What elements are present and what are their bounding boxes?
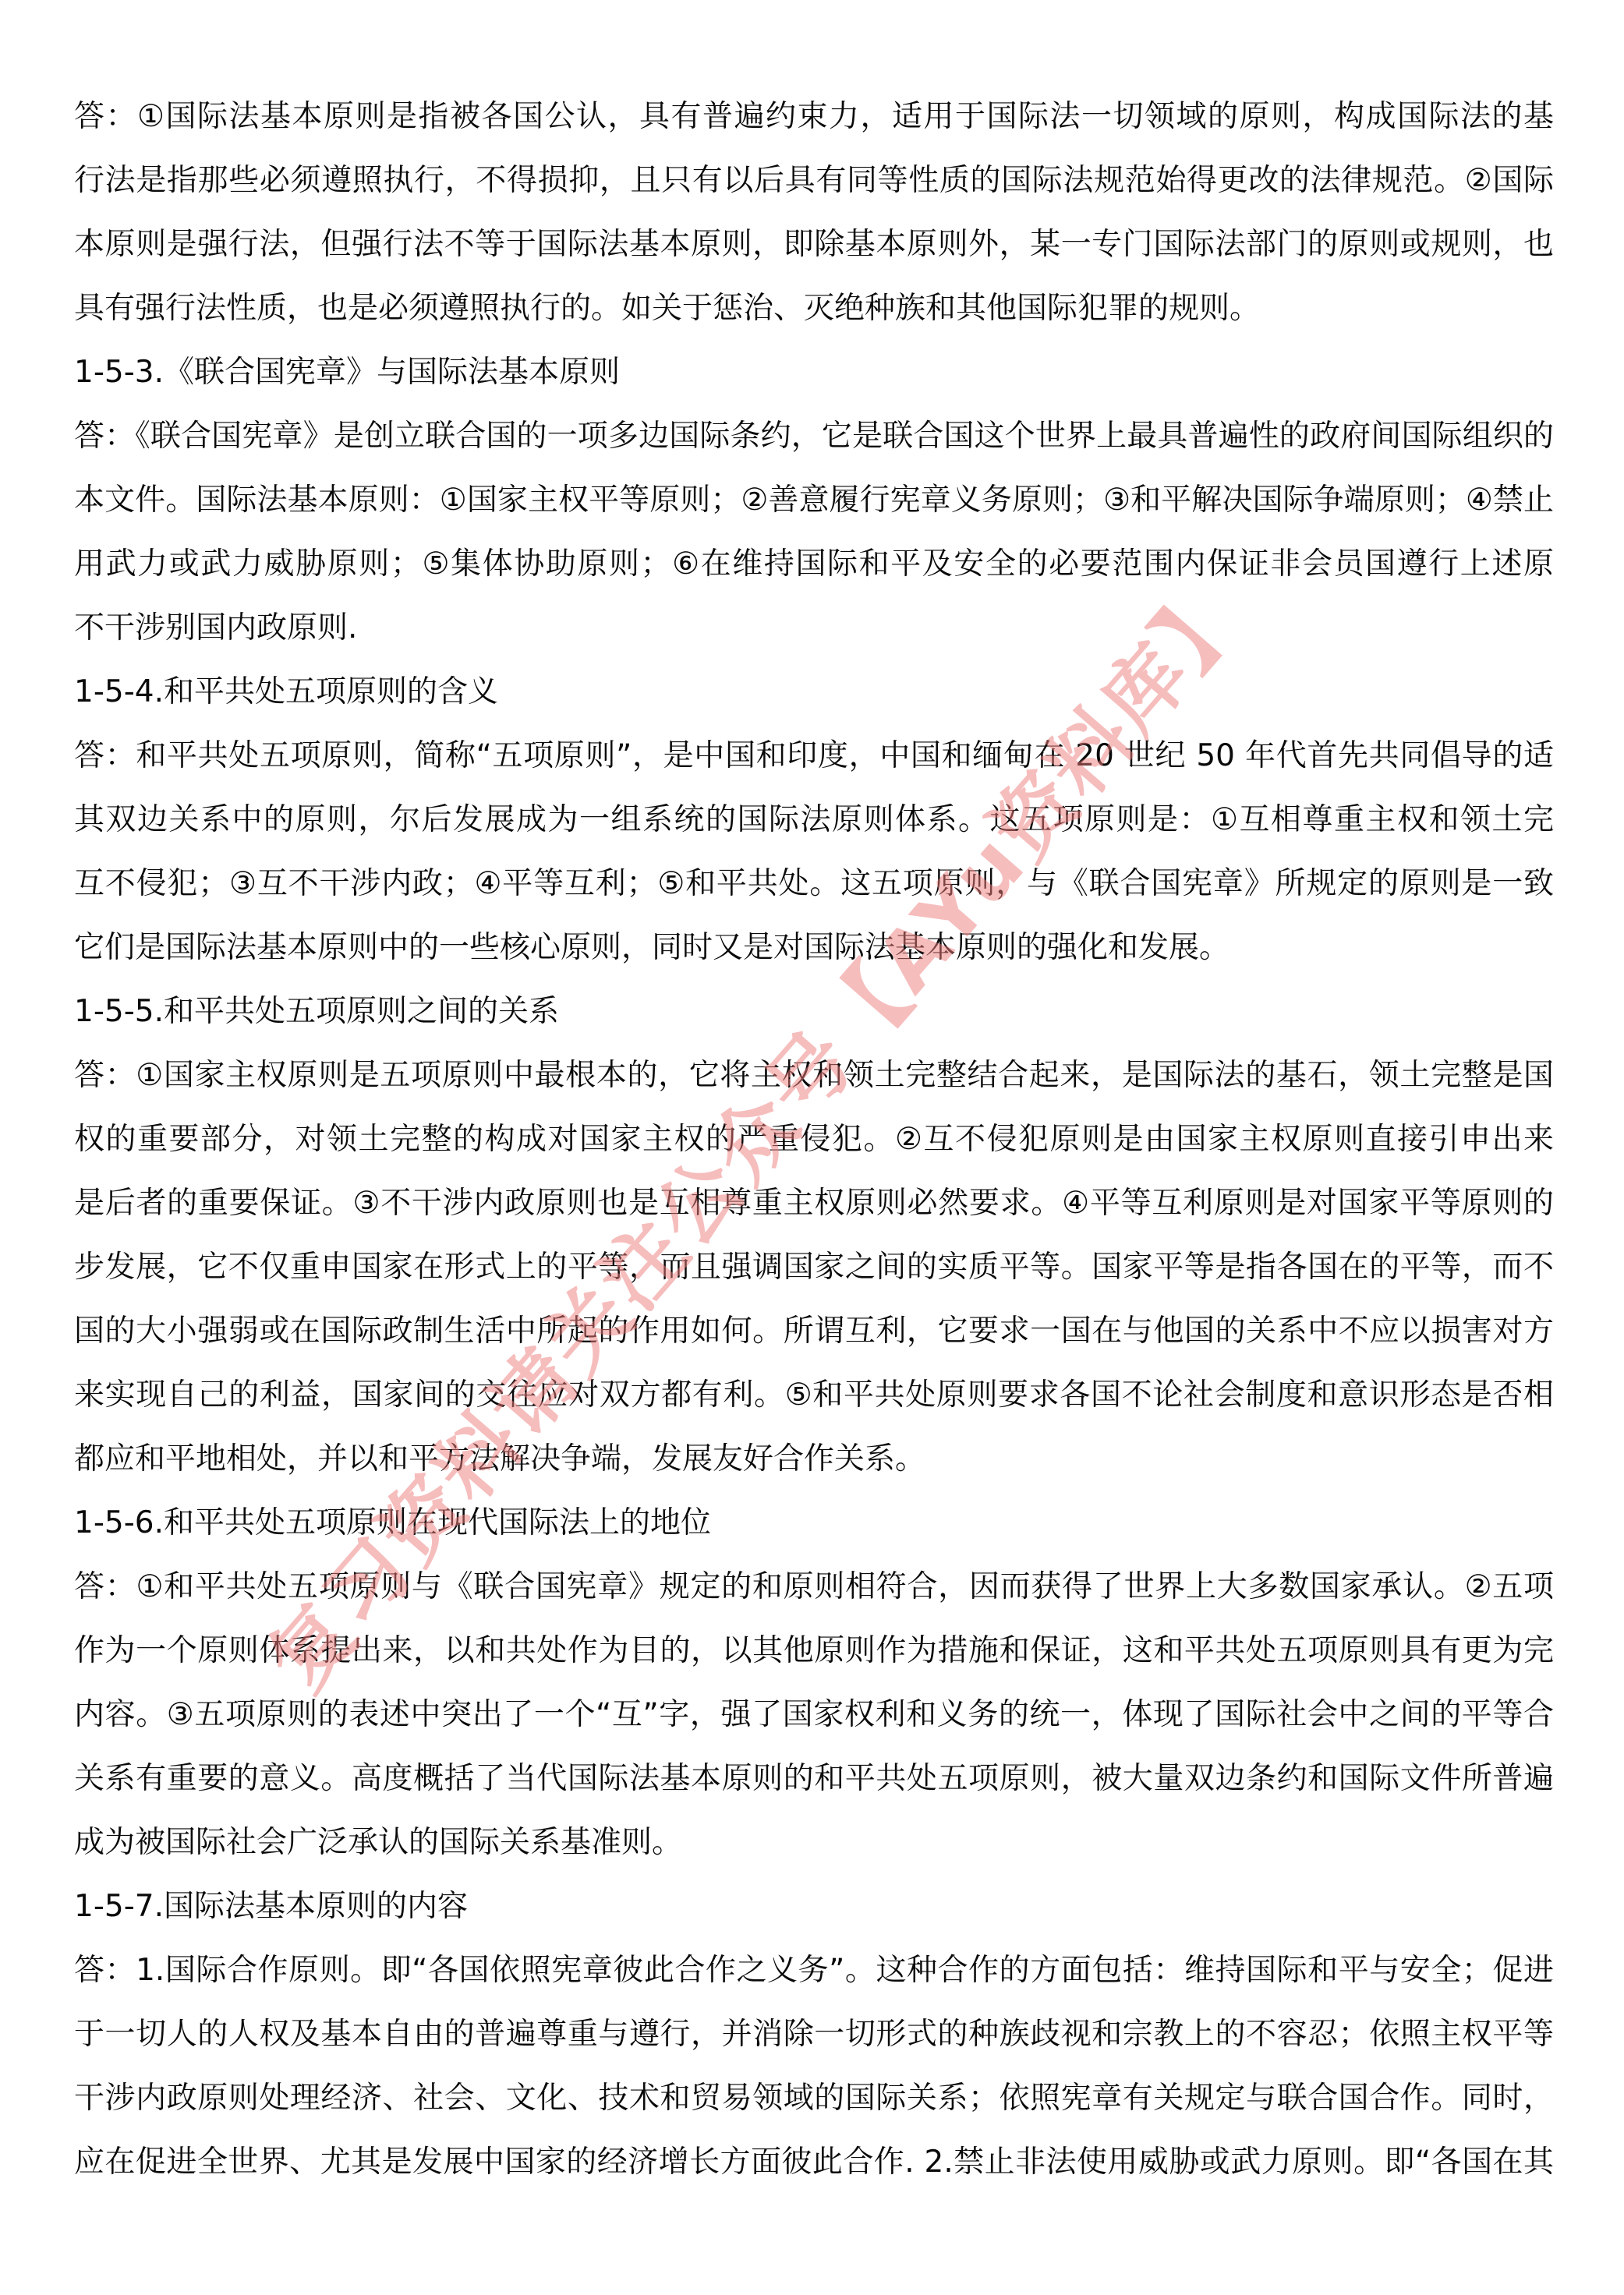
- text-line: 用武力或武力威胁原则；⑤集体协助原则；⑥在维持国际和平及安全的必要范围内保证非会…: [74, 532, 1554, 596]
- text-line: 步发展，它不仅重申国家在形式上的平等，而且强调国家之间的实质平等。国家平等是指各…: [74, 1236, 1554, 1300]
- text-line: 1-5-6.和平共处五项原则在现代国际法上的地位: [74, 1491, 1554, 1555]
- text-line: 1-5-3.《联合国宪章》与国际法基本原则: [74, 341, 1554, 405]
- text-line: 互不侵犯；③互不干涉内政；④平等互利；⑤和平共处。这五项原则，与《联合国宪章》所…: [74, 852, 1554, 916]
- text-line: 本文件。国际法基本原则：①国家主权平等原则；②善意履行宪章义务原则；③和平解决国…: [74, 469, 1554, 532]
- text-line: 具有强行法性质，也是必须遵照执行的。如关于惩治、灭绝种族和其他国际犯罪的规则。: [74, 277, 1554, 341]
- text-line: 1-5-7.国际法基本原则的内容: [74, 1875, 1554, 1939]
- text-line: 不干涉别国内政原则.: [74, 596, 1554, 660]
- text-line: 内容。③五项原则的表述中突出了一个“互”字，强了国家权利和义务的统一，体现了国际…: [74, 1683, 1554, 1747]
- text-line: 于一切人的人权及基本自由的普遍尊重与遵行，并消除一切形式的种族歧视和宗教上的不容…: [74, 2003, 1554, 2067]
- document-page: 答：①国际法基本原则是指被各国公认，具有普遍约束力，适用于国际法一切领域的原则，…: [0, 0, 1624, 2295]
- text-line: 都应和平地相处，并以和平方法解决争端，发展友好合作关系。: [74, 1427, 1554, 1491]
- text-line: 关系有重要的意义。高度概括了当代国际法基本原则的和平共处五项原则，被大量双边条约…: [74, 1747, 1554, 1811]
- text-line: 答：①国际法基本原则是指被各国公认，具有普遍约束力，适用于国际法一切领域的原则，…: [74, 85, 1554, 149]
- text-line: 本原则是强行法，但强行法不等于国际法基本原则，即除基本原则外，某一专门国际法部门…: [74, 213, 1554, 277]
- text-line: 行法是指那些必须遵照执行，不得损抑，且只有以后具有同等性质的国际法规范始得更改的…: [74, 149, 1554, 213]
- text-line: 成为被国际社会广泛承认的国际关系基准则。: [74, 1811, 1554, 1875]
- text-line: 是后者的重要保证。③不干涉内政原则也是互相尊重主权原则必然要求。④平等互利原则是…: [74, 1172, 1554, 1236]
- text-line: 干涉内政原则处理经济、社会、文化、技术和贸易领域的国际关系；依照宪章有关规定与联…: [74, 2067, 1554, 2131]
- text-line: 国的大小强弱或在国际政制生活中所起的作用如何。所谓互利，它要求一国在与他国的关系…: [74, 1300, 1554, 1363]
- text-line: 权的重要部分，对领土完整的构成对国家主权的严重侵犯。②互不侵犯原则是由国家主权原…: [74, 1108, 1554, 1172]
- text-line: 其双边关系中的原则，尔后发展成为一组系统的国际法原则体系。这五项原则是：①互相尊…: [74, 788, 1554, 852]
- text-block: 答：①国际法基本原则是指被各国公认，具有普遍约束力，适用于国际法一切领域的原则，…: [74, 85, 1554, 2194]
- text-line: 它们是国际法基本原则中的一些核心原则，同时又是对国际法基本原则的强化和发展。: [74, 916, 1554, 980]
- text-line: 答：①和平共处五项原则与《联合国宪章》规定的和原则相符合，因而获得了世界上大多数…: [74, 1555, 1554, 1619]
- text-line: 答：1.国际合作原则。即“各国依照宪章彼此合作之义务”。这种合作的方面包括：维持…: [74, 1939, 1554, 2003]
- text-line: 答：《联合国宪章》是创立联合国的一项多边国际条约，它是联合国这个世界上最具普遍性…: [74, 405, 1554, 469]
- text-line: 答：①国家主权原则是五项原则中最根本的，它将主权和领土完整结合起来，是国际法的基…: [74, 1044, 1554, 1108]
- text-line: 作为一个原则体系提出来，以和共处作为目的，以其他原则作为措施和保证，这和平共处五…: [74, 1619, 1554, 1683]
- text-line: 来实现自己的利益，国家间的交往应对双方都有利。⑤和平共处原则要求各国不论社会制度…: [74, 1363, 1554, 1427]
- text-line: 应在促进全世界、尤其是发展中国家的经济增长方面彼此合作. 2.禁止非法使用威胁或…: [74, 2131, 1554, 2194]
- text-line: 答：和平共处五项原则，简称“五项原则”，是中国和印度，中国和缅甸在 20 世纪 …: [74, 724, 1554, 788]
- text-line: 1-5-4.和平共处五项原则的含义: [74, 660, 1554, 724]
- text-line: 1-5-5.和平共处五项原则之间的关系: [74, 980, 1554, 1044]
